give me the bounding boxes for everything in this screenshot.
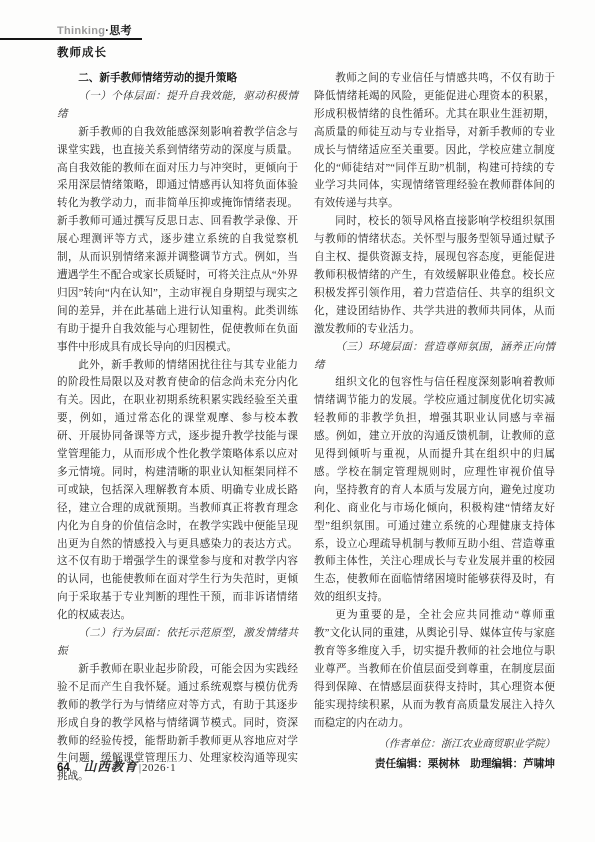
page-number: 64: [57, 762, 70, 774]
section-eyebrow: Thinking·思考: [57, 22, 132, 38]
section-heading: 二、新手教师情绪劳动的提升策略: [57, 70, 298, 88]
page-footer: 64 山西教育 | 2026·1: [57, 757, 176, 775]
issue-number: 2026·1: [142, 762, 176, 774]
paragraph: 更为重要的是，全社会应共同推动“尊师重教”文化认同的重建，从舆论引导、媒体宣传与…: [314, 607, 555, 732]
header-rule-divider: [0, 38, 142, 40]
paragraph: 同时，校长的领导风格直接影响学校组织氛围与教师的情绪状态。关怀型与服务型领导通过…: [314, 213, 555, 338]
journal-name: 山西教育: [84, 757, 138, 775]
paragraph: 教师之间的专业信任与情感共鸣，不仅有助于降低情绪耗竭的风险，更能促进心理资本的积…: [314, 70, 555, 213]
right-column: 教师之间的专业信任与情感共鸣，不仅有助于降低情绪耗竭的风险，更能促进心理资本的积…: [314, 70, 555, 786]
article-body: 二、新手教师情绪劳动的提升策略 （一）个体层面：提升自我效能，驱动积极情绪 新手…: [57, 70, 555, 786]
issue-separator: |: [139, 762, 141, 774]
editors-line: 责任编辑：栗树林 助理编辑：芦啸坤: [314, 755, 555, 773]
column-section-title: 教师成长: [57, 44, 107, 60]
magazine-page: Thinking·思考 教师成长 二、新手教师情绪劳动的提升策略 （一）个体层面…: [0, 0, 595, 842]
sub-heading: （二）行为层面：依托示范原型，激发情绪共振: [57, 625, 298, 661]
eyebrow-chinese-label: ·思考: [105, 25, 132, 37]
eyebrow-english-label: Thinking: [57, 25, 105, 37]
author-affiliation: （作者单位：浙江农业商贸职业学院）: [314, 736, 555, 754]
paragraph: 此外，新手教师的情绪困扰往往与其专业能力的阶段性局限以及对教育使命的信念尚未充分…: [57, 357, 298, 626]
left-column: 二、新手教师情绪劳动的提升策略 （一）个体层面：提升自我效能，驱动积极情绪 新手…: [57, 70, 298, 786]
paragraph: 组织文化的包容性与信任程度深刻影响着教师情绪调节能力的发展。学校应通过制度优化切…: [314, 374, 555, 607]
paragraph: 新手教师的自我效能感深刻影响着教学信念与课堂实践，也直接关系到情绪劳动的深度与质…: [57, 124, 298, 357]
sub-heading: （一）个体层面：提升自我效能，驱动积极情绪: [57, 88, 298, 124]
sub-heading: （三）环境层面：营造尊师氛围，涵养正向情绪: [314, 339, 555, 375]
